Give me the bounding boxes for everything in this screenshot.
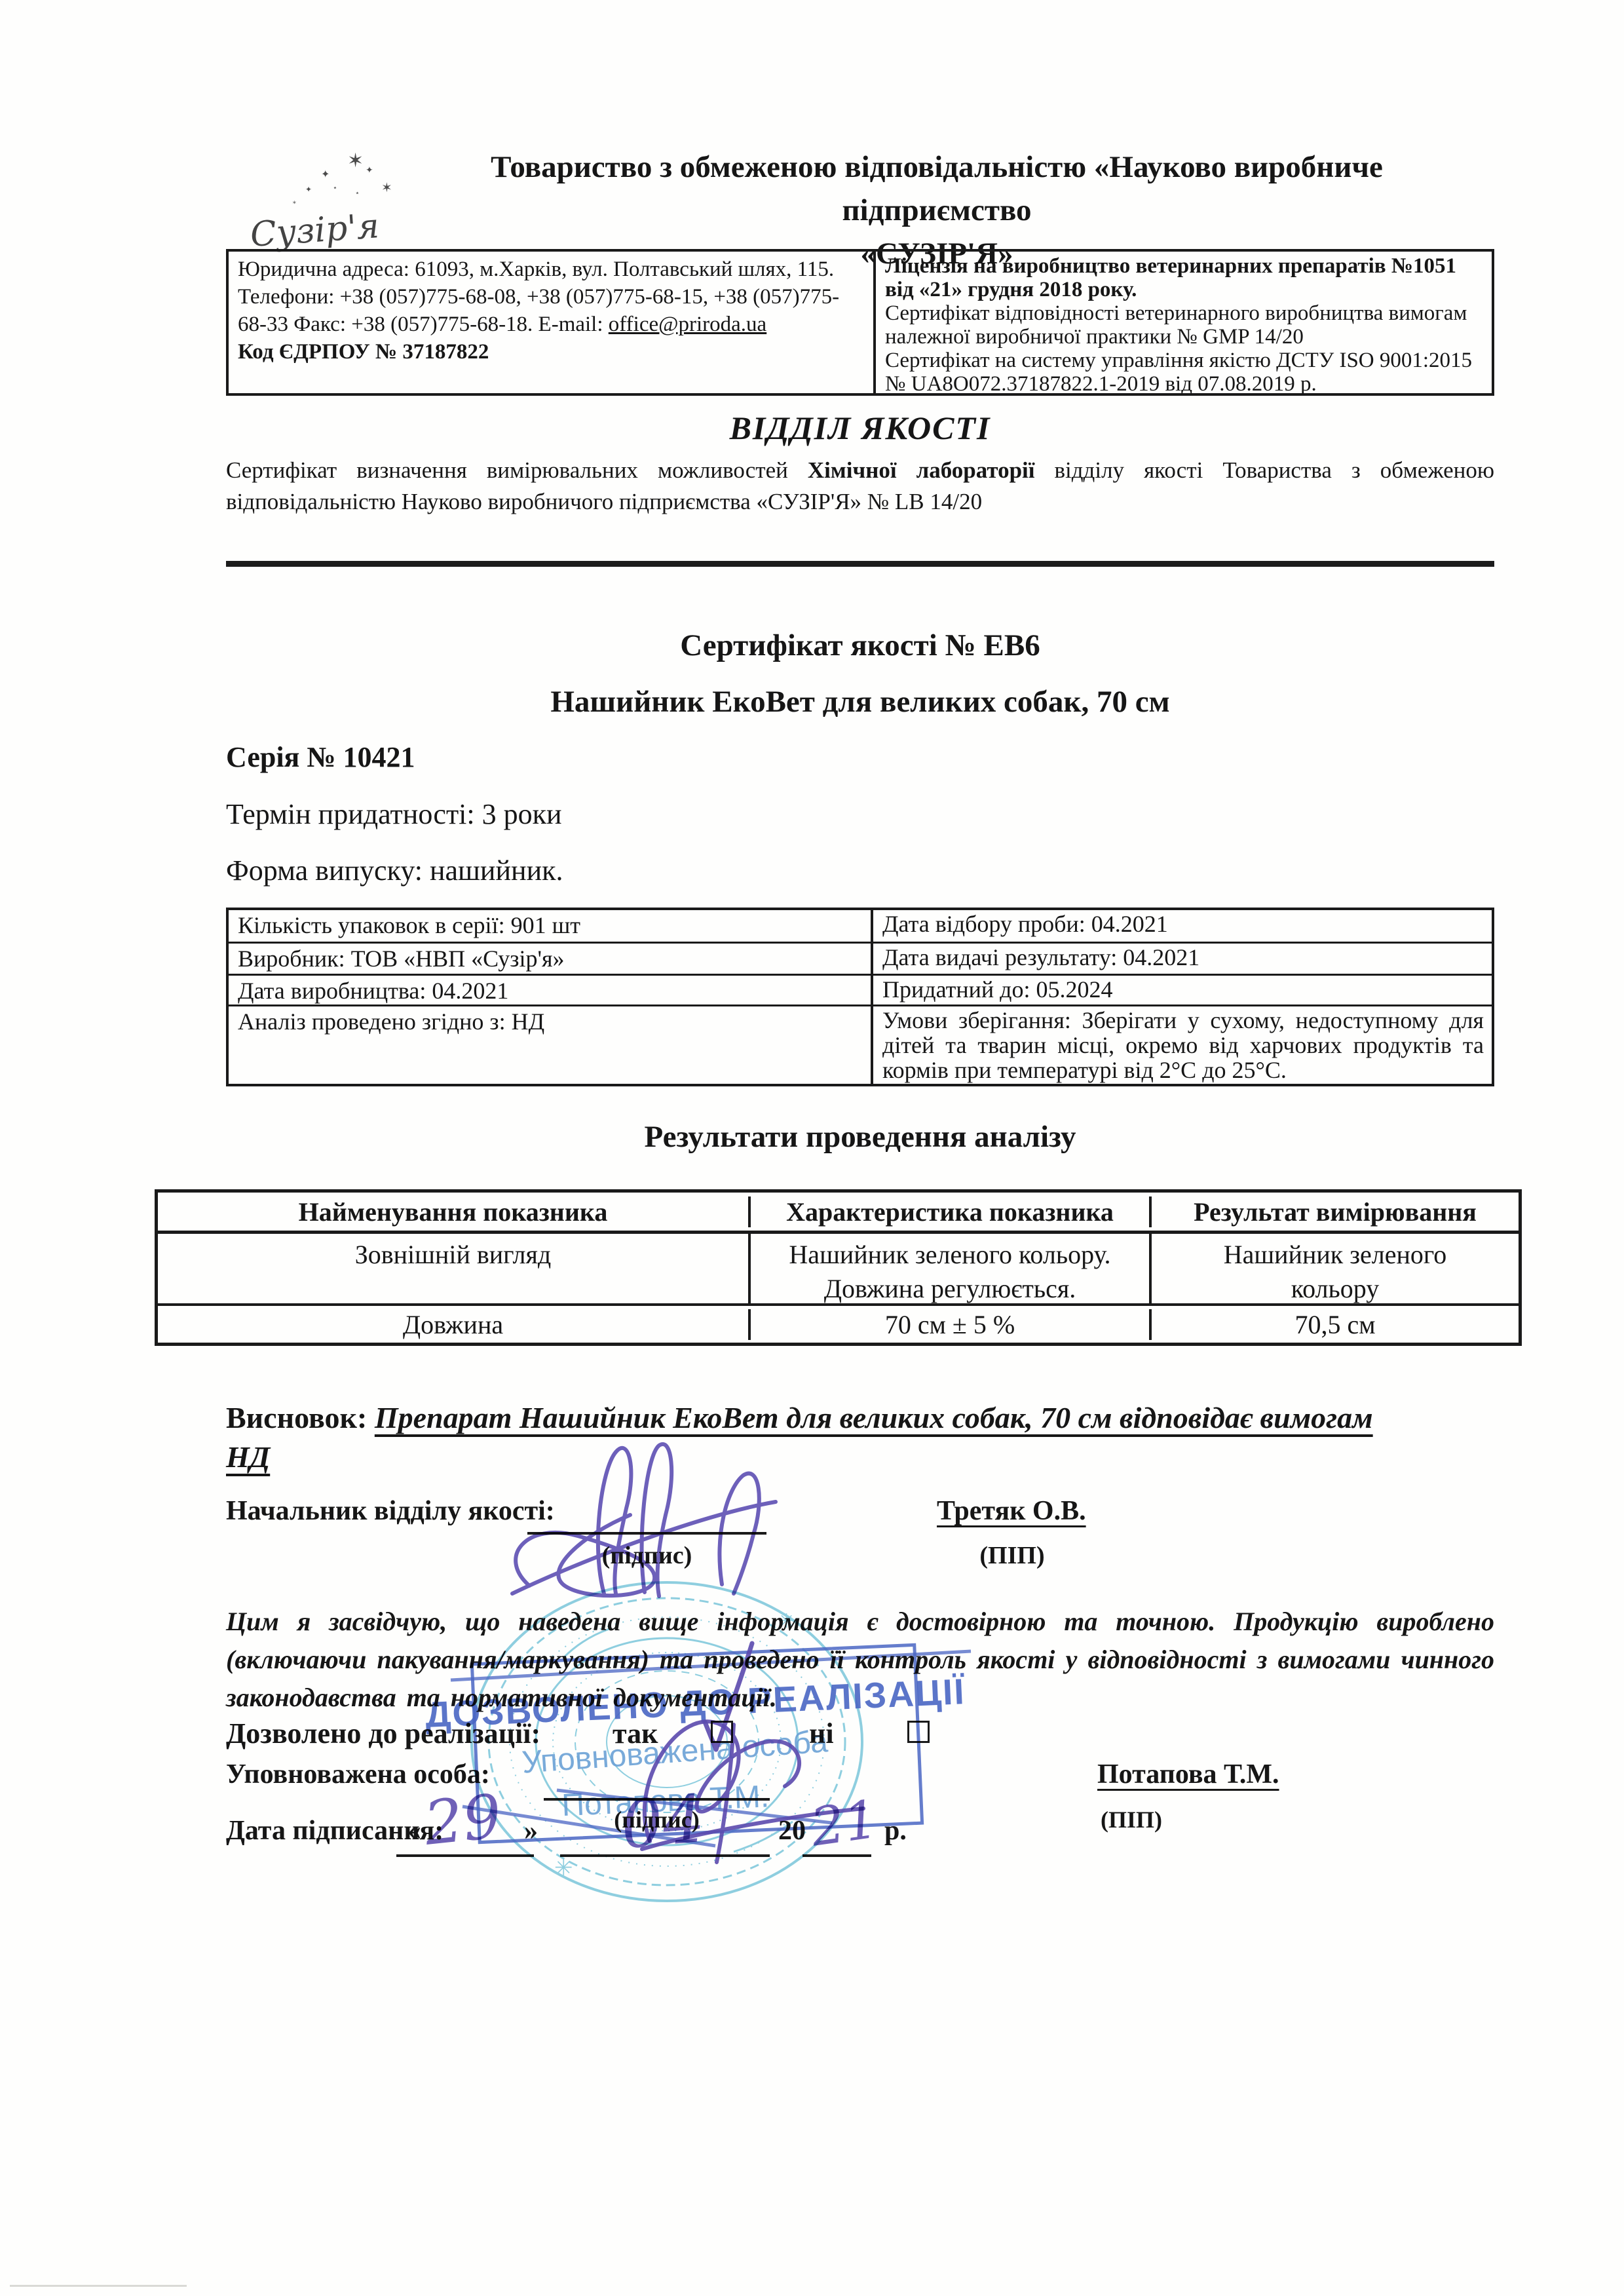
expiry-date: Придатний до: 05.2024 xyxy=(873,976,1492,1004)
indicator-name: Зовнішній вигляд xyxy=(158,1234,751,1303)
packs-in-series: Кількість упаковок в серії: 901 шт xyxy=(229,910,873,942)
quality-dept-heading: ВІДДІЛ ЯКОСТІ xyxy=(226,409,1494,447)
table-row: Дата виробництва: 04.2021 Придатний до: … xyxy=(229,976,1492,1006)
stars-icon: ⋆ xyxy=(355,189,360,197)
certificate-title: Сертифікат якості № ЕВ6 xyxy=(226,628,1494,663)
signature-line xyxy=(527,1532,766,1535)
handwritten-day: 29 xyxy=(421,1781,505,1859)
svg-text:✳: ✳ xyxy=(554,1856,573,1881)
year-suffix: р. xyxy=(884,1815,907,1846)
column-header: Результат вимірювання xyxy=(1152,1196,1519,1227)
attestation-paragraph: Цим я засвідчую, що наведена вище інформ… xyxy=(226,1603,1494,1717)
analysis-results-table: Найменування показника Характеристика по… xyxy=(155,1189,1522,1346)
indicator-spec: 70 см ± 5 % xyxy=(751,1309,1152,1340)
table-row: Аналіз проведено згідно з: НД Умови збер… xyxy=(229,1006,1492,1084)
logo-wordmark: Сузір'я xyxy=(249,206,381,255)
product-name: Нашийник ЕкоВет для великих собак, 70 см xyxy=(226,684,1494,719)
close-quote: » xyxy=(524,1815,538,1846)
result-issue-date: Дата видачі результату: 04.2021 xyxy=(873,944,1492,974)
lab-cert-text-1: Сертифікат визначення вимірювальних можл… xyxy=(226,457,808,483)
measurement-result: 70,5 см xyxy=(1152,1309,1519,1340)
stars-icon: ✶ xyxy=(347,149,364,172)
handwritten-year: 21 xyxy=(807,1788,882,1858)
date-underline xyxy=(396,1854,534,1857)
release-form: Форма випуску: нашийник. xyxy=(226,854,563,887)
scan-artifact-line xyxy=(10,2285,187,2287)
open-quote: « xyxy=(407,1815,421,1846)
release-label: Дозволено до реалізації: xyxy=(226,1717,540,1750)
production-date: Дата виробництва: 04.2021 xyxy=(229,976,873,1004)
release-no-checkbox[interactable] xyxy=(907,1721,930,1743)
iso-certificate-text: Сертифікат на систему управління якістю … xyxy=(885,349,1485,396)
column-header: Найменування показника xyxy=(158,1196,751,1227)
year-prefix: 20 xyxy=(778,1815,806,1846)
handwritten-month: 04 xyxy=(618,1780,708,1864)
date-underline xyxy=(803,1854,871,1857)
table-row: Кількість упаковок в серії: 901 шт Дата … xyxy=(229,910,1492,944)
stars-icon: ∗ xyxy=(292,199,297,206)
quality-head-name: Третяк О.В. xyxy=(937,1495,1086,1527)
signature-caption: (підпис) xyxy=(527,1541,766,1570)
conclusion-statement-2: НД xyxy=(226,1438,1494,1477)
company-info-left-cell: Юридична адреса: 61093, м.Харків, вул. П… xyxy=(229,252,876,393)
legal-address: Юридична адреса: 61093, м.Харків, вул. П… xyxy=(238,256,865,283)
release-yes-label: так xyxy=(613,1717,658,1750)
spec-line: Нашийник зеленого кольору. xyxy=(751,1238,1149,1272)
lab-cert-text-bold: Хімічної лабораторії xyxy=(808,457,1035,483)
company-title-line1: Товариство з обмеженою відповідальністю … xyxy=(393,145,1481,232)
release-yes-checkbox[interactable] xyxy=(711,1721,733,1743)
lab-certificate-paragraph: Сертифікат визначення вимірювальних можл… xyxy=(226,455,1494,518)
quality-head-label: Начальник відділу якості: xyxy=(226,1495,555,1527)
table-row: Зовнішній вигляд Нашийник зеленого кольо… xyxy=(158,1234,1519,1306)
result-line: Нашийник зеленого xyxy=(1152,1238,1519,1272)
section-divider xyxy=(226,561,1494,567)
conclusion: Висновок: Препарат Нашийник ЕкоВет для в… xyxy=(226,1398,1494,1477)
stars-icon: ✦ xyxy=(366,165,373,176)
indicator-name: Довжина xyxy=(158,1309,751,1340)
table-row: Виробник: ТОВ «НВП «Сузір'я» Дата видачі… xyxy=(229,944,1492,976)
manufacturer: Виробник: ТОВ «НВП «Сузір'я» xyxy=(229,944,873,974)
company-info-table: Юридична адреса: 61093, м.Харків, вул. П… xyxy=(226,249,1494,396)
table-row: Довжина 70 см ± 5 % 70,5 см xyxy=(158,1306,1519,1343)
sampling-date: Дата відбору проби: 04.2021 xyxy=(873,910,1492,942)
license-text: Ліцензія на виробництво ветеринарних пре… xyxy=(885,254,1485,301)
conclusion-label: Висновок: xyxy=(226,1401,375,1434)
series-number: Серія № 10421 xyxy=(226,740,415,774)
storage-conditions: Умови зберігання: Зберігати у сухому, не… xyxy=(873,1006,1492,1084)
results-title: Результати проведення аналізу xyxy=(226,1119,1494,1155)
stars-icon: ✦ xyxy=(305,185,312,195)
results-header-row: Найменування показника Характеристика по… xyxy=(158,1193,1519,1234)
batch-details-table: Кількість упаковок в серії: 901 шт Дата … xyxy=(226,908,1494,1086)
column-header: Характеристика показника xyxy=(751,1196,1152,1227)
name-caption: (ПІП) xyxy=(937,1541,1087,1570)
spec-line: Довжина регулюється. xyxy=(751,1272,1149,1306)
certificate-document-page: ✶ ✦ ✦ ⋆ ✦ ✶ ⋆ ∗ Сузір'я Товариство з обм… xyxy=(0,0,1624,2296)
conclusion-statement: Препарат Нашийник ЕкоВет для великих соб… xyxy=(375,1401,1373,1434)
indicator-spec: Нашийник зеленого кольору. Довжина регул… xyxy=(751,1234,1152,1303)
stars-icon: ⋆ xyxy=(333,183,337,192)
stars-icon: ✶ xyxy=(381,180,392,196)
authorized-person-name: Потапова Т.М. xyxy=(1097,1759,1279,1790)
edrpou-code: Код ЄДРПОУ № 37187822 xyxy=(238,338,865,366)
stars-icon: ✦ xyxy=(321,168,330,181)
gmp-certificate-text: Сертифікат відповідності ветеринарного в… xyxy=(885,301,1485,349)
stamp-line2: Уповноважена особа xyxy=(521,1724,829,1780)
measurement-result: Нашийник зеленого кольору xyxy=(1152,1234,1519,1303)
analysis-standard: Аналіз проведено згідно з: НД xyxy=(229,1006,873,1084)
release-no-label: ні xyxy=(809,1717,834,1750)
name-caption: (ПІП) xyxy=(1101,1806,1162,1833)
contacts: Телефони: +38 (057)775-68-08, +38 (057)7… xyxy=(238,283,865,338)
shelf-life: Термін придатності: 3 роки xyxy=(226,797,562,831)
email-link[interactable]: office@priroda.ua xyxy=(609,313,766,336)
result-line: кольору xyxy=(1152,1272,1519,1306)
company-info-right-cell: Ліцензія на виробництво ветеринарних пре… xyxy=(876,252,1492,393)
